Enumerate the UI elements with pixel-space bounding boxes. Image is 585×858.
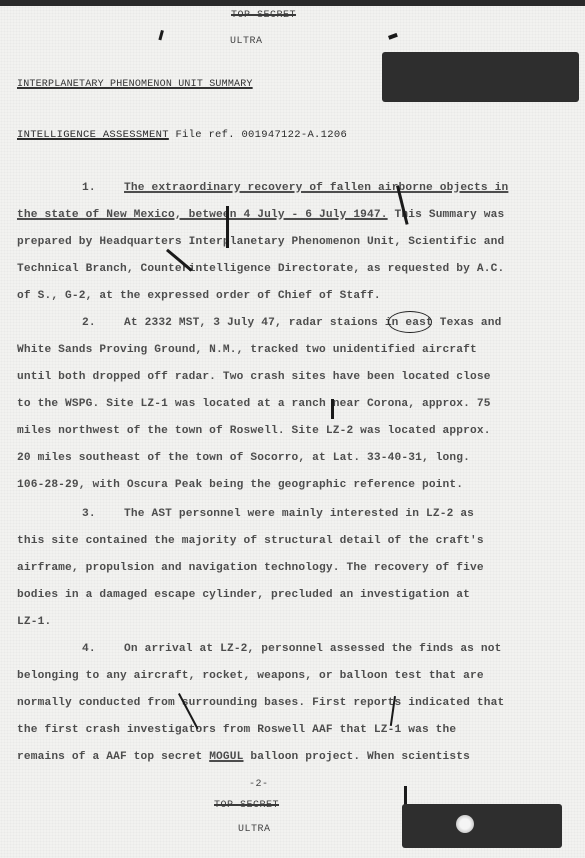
paragraph-1-line: The extraordinary recovery of fallen air… [124, 182, 508, 194]
codeword-bottom: ULTRA [238, 824, 271, 835]
paragraph-3-line: LZ-1. [17, 616, 51, 628]
punch-hole [456, 815, 474, 833]
paragraph-2-line: to the WSPG. Site LZ-1 was located at a … [17, 398, 491, 410]
paragraph-4-line: remains of a AAF top secret MOGUL balloo… [17, 751, 470, 763]
document-title: INTERPLANETARY PHENOMENON UNIT SUMMARY [17, 79, 253, 90]
redaction-block-bottom [402, 804, 562, 848]
paragraph-1-line: of S., G-2, at the expressed order of Ch… [17, 290, 381, 302]
paragraph-2-line: White Sands Proving Ground, N.M., tracke… [17, 344, 477, 356]
paragraph-2-line: 20 miles southeast of the town of Socorr… [17, 452, 470, 464]
file-reference: File ref. 001947122-A.1206 [175, 129, 347, 141]
paragraph-1-line: the state of New Mexico, between 4 July … [17, 209, 504, 221]
paragraph-4-line: normally conducted from surrounding base… [17, 697, 504, 709]
paragraph-2-number: 2. [82, 317, 96, 329]
circled-annotation [388, 311, 432, 333]
redaction-block-top [382, 52, 579, 102]
document-page: TOP SECRET ULTRA INTERPLANETARY PHENOMEN… [0, 6, 585, 858]
pen-mark [388, 33, 398, 40]
mogul-underlined: MOGUL [209, 751, 243, 763]
assessment-heading: INTELLIGENCE ASSESSMENT File ref. 001947… [17, 129, 347, 141]
paragraph-3-line: airframe, propulsion and navigation tech… [17, 562, 484, 574]
paragraph-1-line: Technical Branch, Counterintelligence Di… [17, 263, 504, 275]
paragraph-2-line: until both dropped off radar. Two crash … [17, 371, 491, 383]
pen-mark [158, 30, 163, 40]
pen-mark [226, 206, 229, 248]
paragraph-3-line: this site contained the majority of stru… [17, 535, 484, 547]
paragraph-4-line: On arrival at LZ-2, personnel assessed t… [124, 643, 502, 655]
classification-bottom: TOP SECRET [214, 800, 279, 811]
classification-top: TOP SECRET [231, 10, 296, 21]
paragraph-3-line: bodies in a damaged escape cylinder, pre… [17, 589, 470, 601]
paragraph-2-line: 106-28-29, with Oscura Peak being the ge… [17, 479, 463, 491]
paragraph-2-line: At 2332 MST, 3 July 47, radar staions in… [124, 317, 502, 329]
paragraph-3-number: 3. [82, 508, 96, 520]
paragraph-2-line: miles northwest of the town of Roswell. … [17, 425, 491, 437]
paragraph-1-number: 1. [82, 182, 96, 194]
paragraph-1-line: prepared by Headquarters Interplanetary … [17, 236, 504, 248]
paragraph-4-line: belonging to any aircraft, rocket, weapo… [17, 670, 484, 682]
page-number: -2- [249, 779, 269, 790]
codeword-top: ULTRA [230, 36, 263, 47]
paragraph-3-line: The AST personnel were mainly interested… [124, 508, 474, 520]
assessment-label: INTELLIGENCE ASSESSMENT [17, 129, 169, 141]
paragraph-4-number: 4. [82, 643, 96, 655]
pen-mark [331, 399, 334, 419]
